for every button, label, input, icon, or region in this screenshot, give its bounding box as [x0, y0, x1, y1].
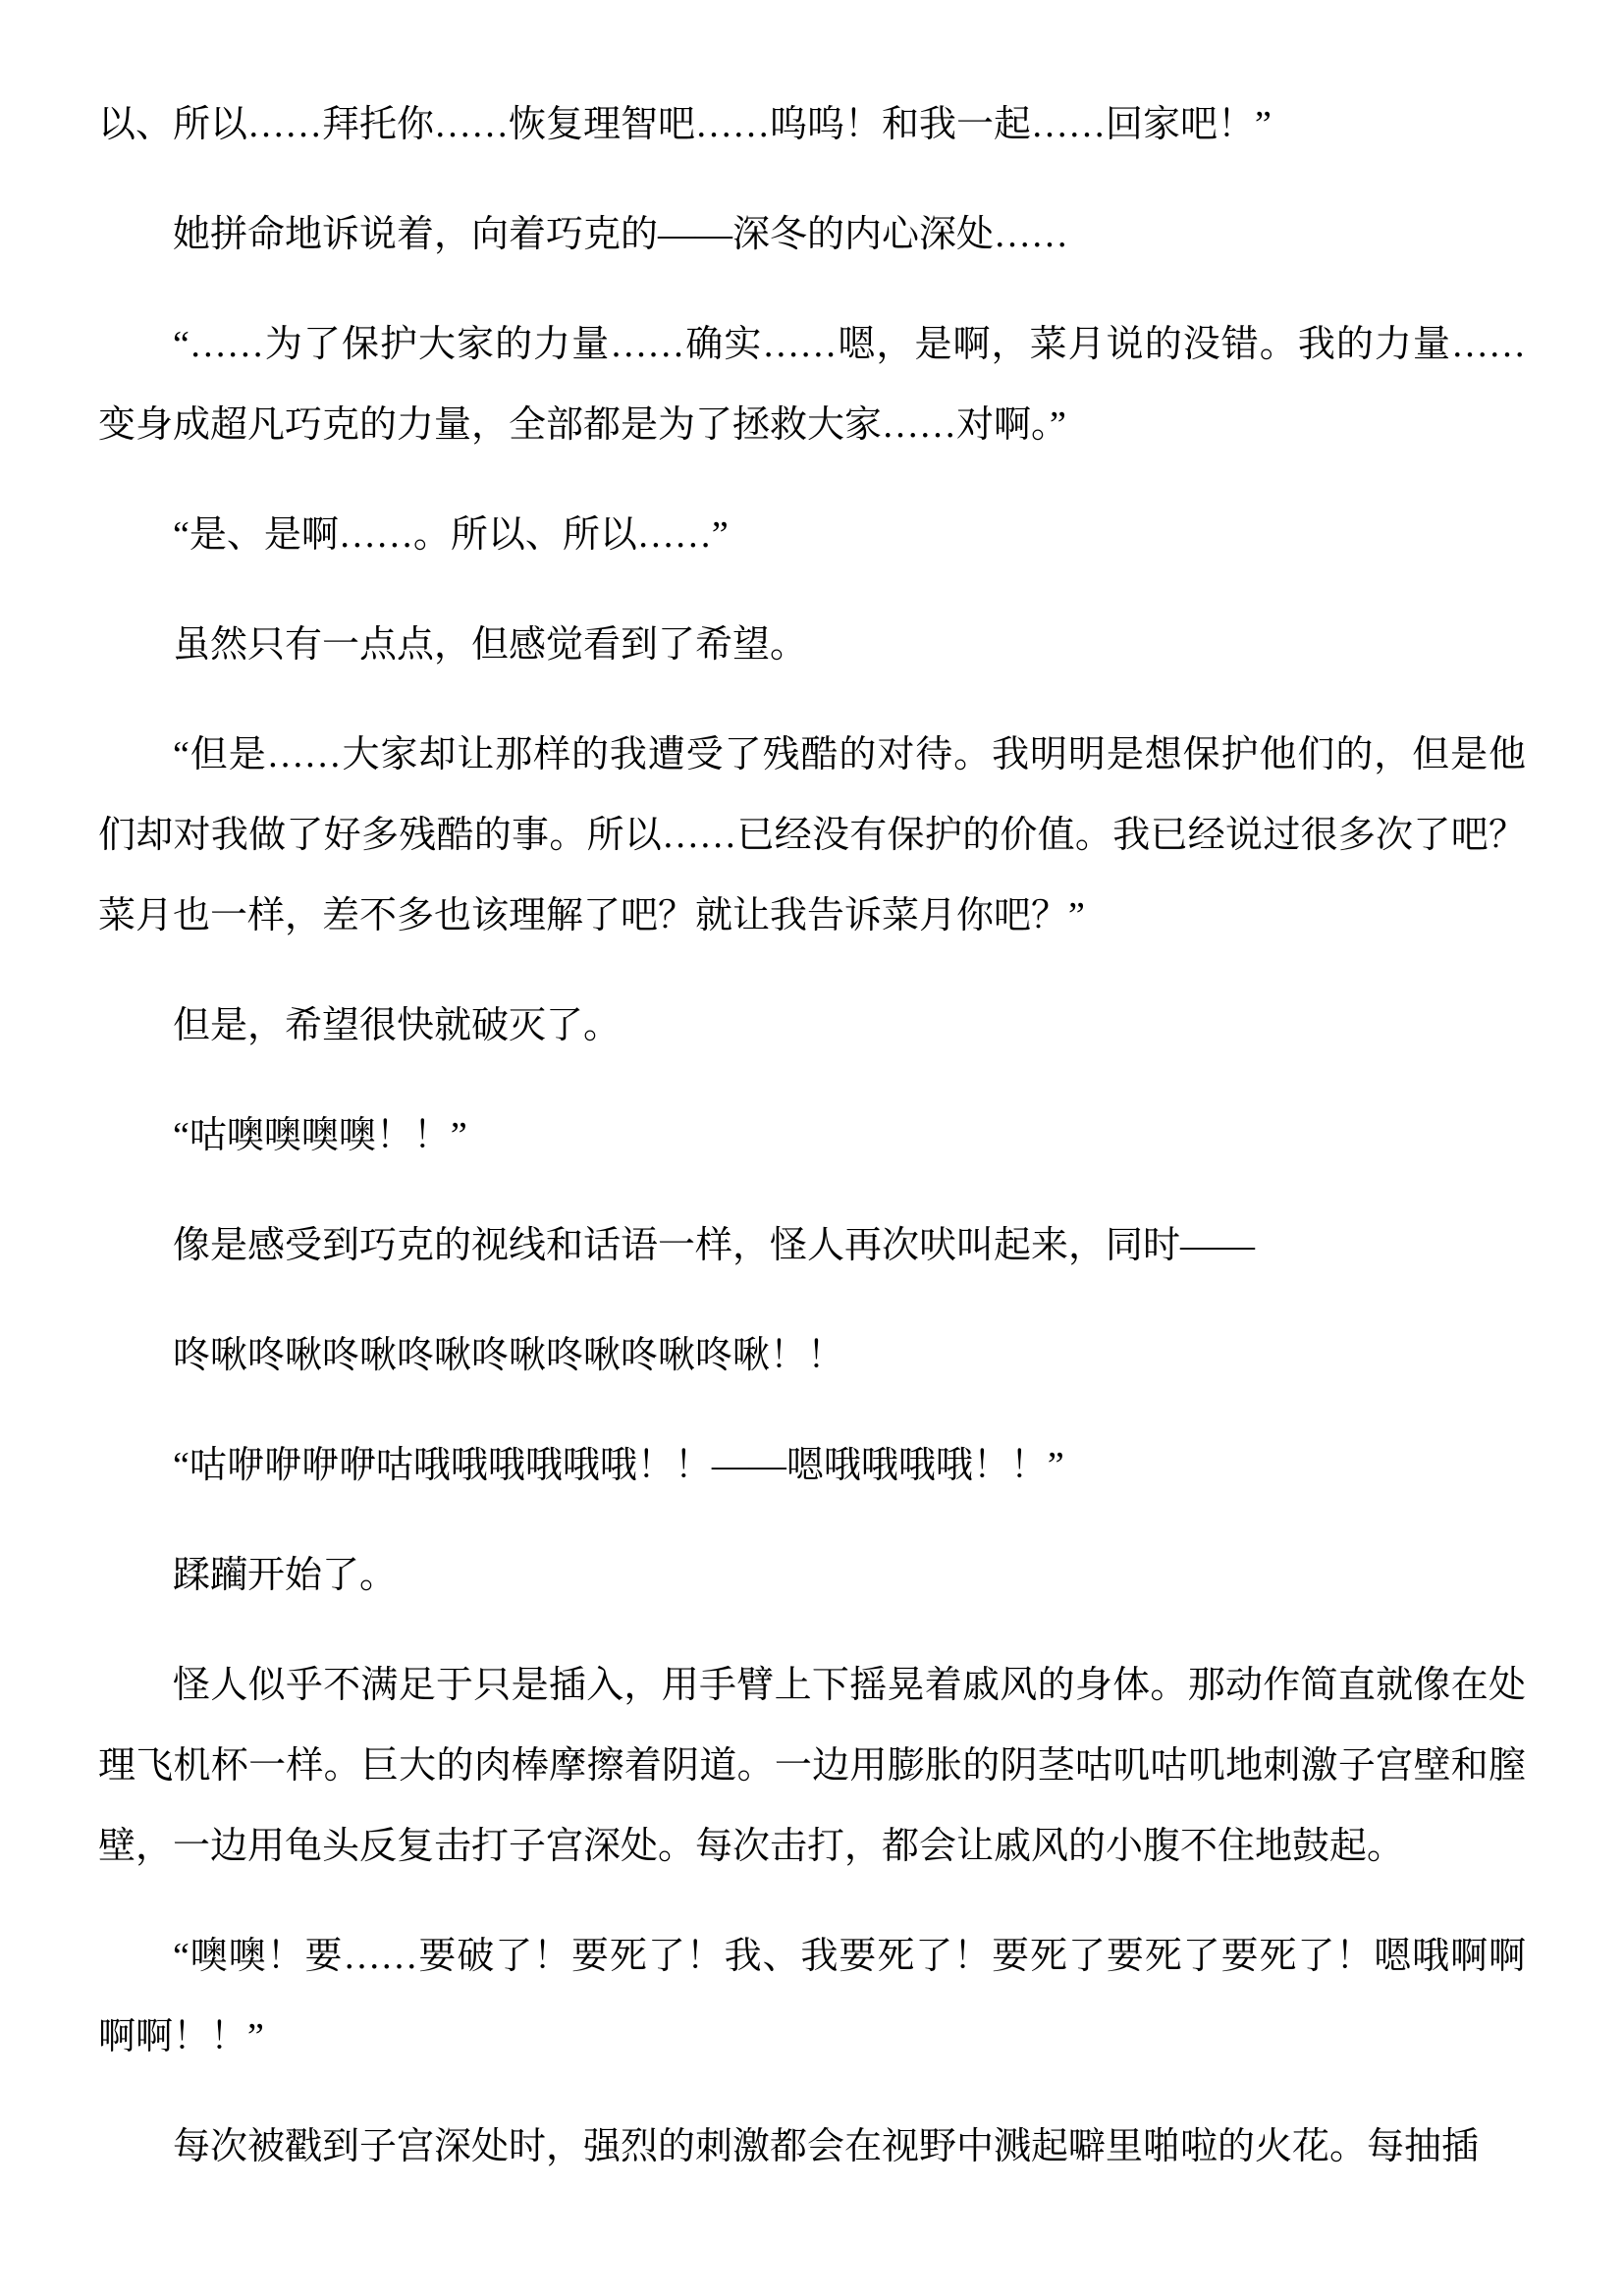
paragraph: 以、所以……拜托你……恢复理智吧……呜呜！和我一起……回家吧！” [98, 84, 1526, 165]
document-page: 以、所以……拜托你……恢复理智吧……呜呜！和我一起……回家吧！”她拼命地诉说着，… [0, 0, 1624, 2296]
paragraph: 像是感受到巧克的视线和话语一样，怪人再次吠叫起来，同时—— [98, 1205, 1526, 1286]
paragraph: 但是，希望很快就破灭了。 [98, 986, 1526, 1066]
paragraph: 每次被戳到子宫深处时，强烈的刺激都会在视野中溅起噼里啪啦的火花。每抽插 [98, 2107, 1526, 2187]
paragraph: “咕噢噢噢噢！！” [98, 1095, 1526, 1176]
paragraph: 虽然只有一点点，但感觉看到了希望。 [98, 605, 1526, 685]
paragraph: “噢噢！要……要破了！要死了！我、我要死了！要死了要死了要死了！嗯哦啊啊啊啊！！… [98, 1916, 1526, 2077]
paragraph: 蹂躏开始了。 [98, 1535, 1526, 1616]
paragraph: 她拼命地诉说着，向着巧克的——深冬的内心深处…… [98, 194, 1526, 275]
paragraph: “但是……大家却让那样的我遭受了残酷的对待。我明明是想保护他们的，但是他们却对我… [98, 715, 1526, 956]
paragraph: “咕咿咿咿咿咕哦哦哦哦哦哦！！——嗯哦哦哦哦！！” [98, 1425, 1526, 1506]
paragraph: “……为了保护大家的力量……确实……嗯，是啊，菜月说的没错。我的力量……变身成超… [98, 304, 1526, 465]
document-body: 以、所以……拜托你……恢复理智吧……呜呜！和我一起……回家吧！”她拼命地诉说着，… [98, 84, 1526, 2187]
paragraph: 怪人似乎不满足于只是插入，用手臂上下摇晃着戚风的身体。那动作简直就像在处理飞机杯… [98, 1645, 1526, 1887]
paragraph: 咚啾咚啾咚啾咚啾咚啾咚啾咚啾咚啾！！ [98, 1315, 1526, 1396]
paragraph: “是、是啊……。所以、所以……” [98, 495, 1526, 575]
